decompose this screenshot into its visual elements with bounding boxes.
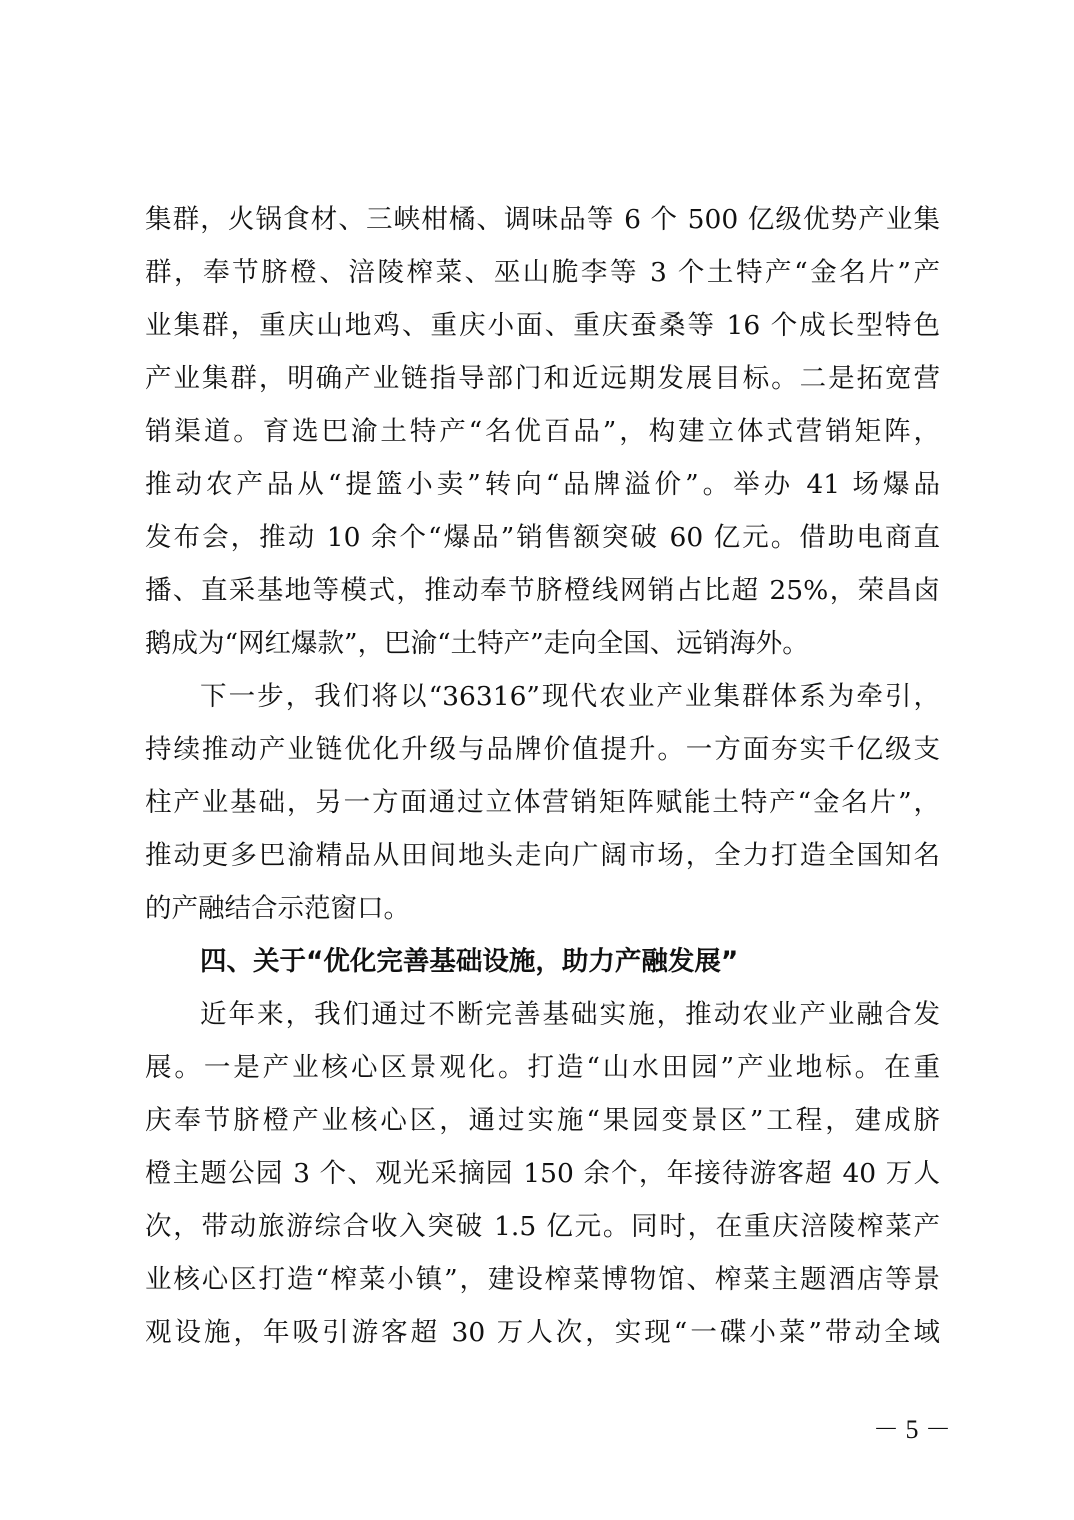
paragraph-line: 近年来，我们通过不断完善基础实施，推动农业产业融合发 <box>200 990 940 1040</box>
paragraph-line: 播、直采基地等模式，推动奉节脐橙线网销占比超 25%，荣昌卤 <box>145 566 940 616</box>
paragraph-line: 推动更多巴渝精品从田间地头走向广阔市场，全力打造全国知名 <box>145 831 940 881</box>
paragraph-line: 鹅成为“网红爆款”，巴渝“土特产”走向全国、远销海外。 <box>145 619 940 669</box>
paragraph-line: 橙主题公园 3 个、观光采摘园 150 余个，年接待游客超 40 万人 <box>145 1149 940 1199</box>
paragraph-line: 业集群，重庆山地鸡、重庆小面、重庆蚕桑等 16 个成长型特色 <box>145 301 940 351</box>
paragraph-line: 观设施，年吸引游客超 30 万人次，实现“一碟小菜”带动全域 <box>145 1308 940 1358</box>
paragraph-line: 发布会，推动 10 余个“爆品”销售额突破 60 亿元。借助电商直 <box>145 513 940 563</box>
page-number: － 5 － <box>873 1410 943 1450</box>
paragraph-line: 产业集群，明确产业链指导部门和近远期发展目标。二是拓宽营 <box>145 354 940 404</box>
paragraph-line: 庆奉节脐橙产业核心区，通过实施“果园变景区”工程，建成脐 <box>145 1096 940 1146</box>
paragraph-line: 群，奉节脐橙、涪陵榨菜、巫山脆李等 3 个土特产“金名片”产 <box>145 248 940 298</box>
paragraph-line: 推动农产品从“提篮小卖”转向“品牌溢价”。举办 41 场爆品 <box>145 460 940 510</box>
paragraph-line: 柱产业基础，另一方面通过立体营销矩阵赋能土特产“金名片”， <box>145 778 940 828</box>
paragraph-line: 集群，火锅食材、三峡柑橘、调味品等 6 个 500 亿级优势产业集 <box>145 195 940 245</box>
paragraph-line: 展。一是产业核心区景观化。打造“山水田园”产业地标。在重 <box>145 1043 940 1093</box>
paragraph-line: 销渠道。育选巴渝土特产“名优百品”，构建立体式营销矩阵， <box>145 407 940 457</box>
paragraph-line: 的产融结合示范窗口。 <box>145 884 940 934</box>
paragraph-line: 下一步，我们将以“36316”现代农业产业集群体系为牵引， <box>200 672 940 722</box>
paragraph-line: 业核心区打造“榨菜小镇”，建设榨菜博物馆、榨菜主题酒店等景 <box>145 1255 940 1305</box>
document-page: 集群，火锅食材、三峡柑橘、调味品等 6 个 500 亿级优势产业集 群，奉节脐橙… <box>0 0 1074 1520</box>
section-heading: 四、关于“优化完善基础设施，助力产融发展” <box>200 937 738 987</box>
paragraph-line: 次，带动旅游综合收入突破 1.5 亿元。同时，在重庆涪陵榨菜产 <box>145 1202 940 1252</box>
paragraph-line: 持续推动产业链优化升级与品牌价值提升。一方面夯实千亿级支 <box>145 725 940 775</box>
